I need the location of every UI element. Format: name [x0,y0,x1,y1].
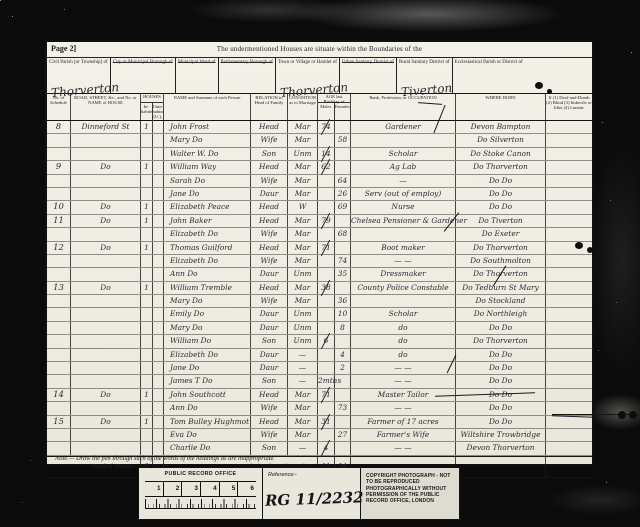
header-field: Civil Parish [or Township] of Thorverton [47,58,111,93]
cell-occupation: Scholar [351,148,456,160]
pro-stamp-strip: PUBLIC RECORD OFFICE 123456 Reference:- … [138,467,460,520]
cell-schedule [47,335,71,347]
cell-age-male: 38 [318,282,335,294]
cell-condition: — [288,362,318,374]
cell-where-born: Do Thorverton [456,161,546,173]
cell-age-male [318,175,335,187]
cell-name: Tom Bulley Hughmot [164,416,251,428]
cell-name: John Southcott [164,389,251,401]
cell-road: Do [71,215,141,227]
table-row: 8 Dinneford St 1 John Frost Head Mar 74 … [47,121,592,134]
cell-schedule: 13 [47,282,71,294]
cell-uninhabited [153,362,164,374]
cell-schedule [47,188,71,200]
cell-condition: Mar [288,134,318,146]
cell-inhabited [141,322,153,334]
cell-name: James T Do [164,375,251,387]
cell-schedule [47,442,71,454]
cell-where-born: Do Thorverton [456,335,546,347]
cell-age-male [318,134,335,146]
cell-name: William Tremble [164,282,251,294]
col-houses-group: HOUSES In-habited Unin-habited (U.), or … [141,93,164,120]
cell-condition: Mar [288,429,318,441]
ruler-number: 2 [164,482,183,496]
cell-schedule: 14 [47,389,71,401]
cell-schedule [47,255,71,267]
table-row: 15 Do 1 Tom Bulley Hughmot Head Mar 31 F… [47,416,592,429]
cell-inhabited: 1 [141,215,153,227]
cell-where-born: Do Do [456,322,546,334]
cell-name: Elizabeth Do [164,349,251,361]
table-row: 14 Do 1 John Southcott Head Mar 71 Maste… [47,389,592,402]
cell-age-male [318,402,335,414]
header-field-label: Ecclesiastical Parish or District of [453,58,525,66]
cell-schedule [47,148,71,160]
col-age-females: Females [335,103,351,121]
cell-age-male [318,228,335,240]
cell-infirmity [546,148,592,160]
cell-where-born: Do Do [456,175,546,187]
cell-where-born: Do Silverton [456,134,546,146]
cell-age-male [318,268,335,280]
cell-infirmity [546,375,592,387]
cell-road [71,335,141,347]
header-field-label: Rural Sanitary District of [397,58,452,66]
cell-name: Jane Do [164,362,251,374]
cell-condition: Mar [288,175,318,187]
header-field: Parliamentary Borough of [219,58,276,93]
ruler-number: 6 [238,482,256,496]
col-name: NAME and Surname of each Person [164,93,251,120]
table-row: Walter W. Do Son Unm 14 Scholar Do Stoke… [47,148,592,161]
totals-blank [456,457,546,477]
cell-uninhabited [153,429,164,441]
cell-condition: Mar [288,295,318,307]
cell-relation: Wife [251,295,288,307]
cell-condition: Mar [288,255,318,267]
cell-road: Do [71,242,141,254]
cell-road: Do [71,161,141,173]
census-scan: { "page": { "page_label": "Page 2]", "ba… [0,0,640,527]
ruler-number: 4 [201,482,220,496]
cell-road [71,268,141,280]
cell-where-born: Do Do [456,375,546,387]
table-row: Mary Do Wife Mar 36 Do Stockland [47,295,592,308]
cell-age-male [318,429,335,441]
cell-age-female: 2 [335,362,351,374]
cell-where-born: Do Tiverton [456,215,546,227]
cell-schedule [47,268,71,280]
footnote: Note.— Draw the pen through such of the … [55,455,275,462]
cell-age-female [335,335,351,347]
cell-occupation: Boot maker [351,242,456,254]
cell-relation: Head [251,161,288,173]
cell-age-male: 74 [318,121,335,133]
header-field: Municipal Ward of [176,58,219,93]
cell-uninhabited [153,161,164,173]
cell-inhabited: 1 [141,282,153,294]
cell-age-male: 14 [318,148,335,160]
header-field-label: Town or Village or Hamlet of [276,58,339,66]
cell-condition: — [288,442,318,454]
cell-relation: Head [251,389,288,401]
census-table: No. of Schedule ROAD, STREET, &c., and N… [47,93,592,478]
table-row: Elizabeth Do Daur — 4 do Do Do [47,349,592,362]
cell-infirmity [546,121,592,133]
cell-road [71,349,141,361]
cell-road [71,442,141,454]
cell-where-born: Do Stockland [456,295,546,307]
cell-inhabited [141,349,153,361]
cell-age-male [318,349,335,361]
cell-where-born: Do Do [456,402,546,414]
cell-age-male: 79 [318,215,335,227]
cell-condition: Mar [288,242,318,254]
cell-relation: Head [251,416,288,428]
cell-age-male [318,362,335,374]
cell-age-female [335,375,351,387]
col-where-born: WHERE BORN [456,93,546,120]
cell-road [71,402,141,414]
ink-blot [547,89,552,94]
cell-age-female: 35 [335,268,351,280]
cell-occupation: — — [351,362,456,374]
cell-inhabited: 1 [141,161,153,173]
cell-where-born: Do Exeter [456,228,546,240]
cell-infirmity [546,134,592,146]
ink-dot [618,411,626,419]
cell-infirmity [546,255,592,267]
cell-condition: Mar [288,121,318,133]
cell-age-female [335,389,351,401]
cell-condition: Mar [288,188,318,200]
cell-schedule [47,175,71,187]
cell-uninhabited [153,349,164,361]
cell-name: Elizabeth Do [164,228,251,240]
cell-relation: Wife [251,134,288,146]
cell-occupation: Gardener [351,121,456,133]
cell-condition: Unm [288,322,318,334]
cell-where-born: Do Southmolton [456,255,546,267]
ruler-number: 5 [220,482,239,496]
cell-road [71,295,141,307]
cell-road [71,322,141,334]
cell-occupation: Ag Lab [351,161,456,173]
table-row: Sarah Do Wife Mar 64 — Do Do [47,175,592,188]
table-body: 8 Dinneford St 1 John Frost Head Mar 74 … [47,121,592,456]
cell-inhabited: 1 [141,389,153,401]
copyright-notice: COPYRIGHT PHOTOGRAPH - NOT TO BE REPRODU… [361,468,459,519]
header-fields: Civil Parish [or Township] of Thorverton… [47,58,592,94]
col-houses: HOUSES [141,93,163,103]
cell-age-female [335,416,351,428]
cell-name: Mary Do [164,322,251,334]
cell-road: Do [71,389,141,401]
cell-inhabited [141,134,153,146]
cell-age-female [335,442,351,454]
header-field-label: Municipal Ward of [176,58,218,66]
cell-schedule [47,322,71,334]
cell-uninhabited [153,228,164,240]
cell-occupation [351,295,456,307]
cell-infirmity [546,161,592,173]
cell-road: Dinneford St [71,121,141,133]
cell-name: Ann Do [164,268,251,280]
cell-inhabited [141,362,153,374]
cell-age-male [318,188,335,200]
totals-blank [546,457,592,477]
ink-blot [575,242,583,249]
cell-where-born: Do Northleigh [456,308,546,320]
cell-road [71,362,141,374]
cell-age-male: 6 [318,335,335,347]
cell-uninhabited [153,255,164,267]
cell-where-born: Do Do [456,201,546,213]
cell-age-female: 74 [335,255,351,267]
cell-age-female [335,161,351,173]
cell-inhabited: 1 [141,242,153,254]
cell-age-female [335,282,351,294]
cell-name: Elizabeth Peace [164,201,251,213]
cell-inhabited [141,148,153,160]
cell-inhabited [141,375,153,387]
cell-occupation: — — [351,375,456,387]
cell-relation: Head [251,201,288,213]
cell-where-born: Wiltshire Trowbridge [456,429,546,441]
cell-occupation: — [351,175,456,187]
cell-occupation: Nurse [351,201,456,213]
cell-schedule: 9 [47,161,71,173]
cell-name: Jane Do [164,188,251,200]
cell-condition: Mar [288,416,318,428]
cell-relation: Wife [251,175,288,187]
cell-uninhabited [153,442,164,454]
cell-where-born: Do Thorverton [456,242,546,254]
header-field: Ecclesiastical Parish or District of [453,58,525,93]
header-field-label: Parliamentary Borough of [219,58,275,66]
ruler-number: 1 [145,482,164,496]
cell-infirmity [546,201,592,213]
cell-where-born: Do Do [456,362,546,374]
cell-uninhabited [153,308,164,320]
cell-where-born: Do Tedburn St Mary [456,282,546,294]
cell-relation: Son [251,375,288,387]
cell-schedule [47,349,71,361]
cell-inhabited [141,335,153,347]
cell-occupation: Chelsea Pensioner & Gardener [351,215,456,227]
cell-name: Mary Do [164,134,251,146]
col-infirmity: If (1) Deaf-and-Dumb (2) Blind (3) Imbec… [546,93,592,120]
cell-occupation: Scholar [351,308,456,320]
cell-where-born: Do Do [456,416,546,428]
cell-road [71,188,141,200]
pro-title: PUBLIC RECORD OFFICE [139,468,262,481]
cell-condition: — [288,375,318,387]
reference-handwritten: RG 11/2232 [265,488,364,509]
table-row: Mary Do Daur Unm 8 do Do Do [47,322,592,335]
cell-infirmity [546,442,592,454]
cell-road [71,429,141,441]
cell-name: Mary Do [164,295,251,307]
cell-infirmity [546,228,592,240]
table-row: Ann Do Daur Unm 35 Dressmaker Do Thorver… [47,268,592,281]
cell-uninhabited [153,201,164,213]
cell-name: William Way [164,161,251,173]
table-header: No. of Schedule ROAD, STREET, &c., and N… [47,93,592,121]
cell-name: Elizabeth Do [164,255,251,267]
cell-occupation: do [351,335,456,347]
cell-inhabited [141,175,153,187]
cell-relation: Wife [251,255,288,267]
cell-relation: Head [251,121,288,133]
ink-dot [629,411,637,419]
cell-inhabited [141,308,153,320]
header-field: Rural Sanitary District of Tiverton [397,58,453,93]
cell-road [71,375,141,387]
cell-age-female: 26 [335,188,351,200]
pro-ruler-box: PUBLIC RECORD OFFICE 123456 [139,468,263,519]
cell-age-female: 69 [335,201,351,213]
cell-occupation [351,134,456,146]
census-page: Page 2] The undermentioned Houses are si… [45,40,594,466]
cell-uninhabited [153,148,164,160]
table-row: Elizabeth Do Wife Mar 74 — — Do Southmol… [47,255,592,268]
cell-relation: Daur [251,362,288,374]
cell-infirmity [546,188,592,200]
banner-text: The undermentioned Houses are situate wi… [47,42,592,53]
cell-uninhabited [153,335,164,347]
cell-where-born: Do Do [456,188,546,200]
cell-schedule [47,375,71,387]
cell-infirmity [546,282,592,294]
table-row: 9 Do 1 William Way Head Mar 62 Ag Lab Do… [47,161,592,174]
cell-infirmity [546,389,592,401]
cell-uninhabited [153,188,164,200]
cell-inhabited [141,442,153,454]
cell-age-female [335,148,351,160]
cell-where-born: Do Stoke Canon [456,148,546,160]
cell-name: Emily Do [164,308,251,320]
table-row: Elizabeth Do Wife Mar 68 Do Exeter [47,228,592,241]
cell-uninhabited [153,242,164,254]
cell-condition: Mar [288,161,318,173]
table-row: Emily Do Daur Unm 10 Scholar Do Northlei… [47,308,592,321]
cell-occupation: — — [351,442,456,454]
cell-age-female [335,215,351,227]
cell-uninhabited [153,175,164,187]
pen-line-with-dots [552,414,638,415]
col-age-group: AGE last Birthday of Males Females [318,93,351,120]
cell-condition: — [288,349,318,361]
cell-road [71,308,141,320]
table-row: William Do Son Unm 6 do Do Thorverton [47,335,592,348]
cell-inhabited [141,255,153,267]
cell-age-female [335,121,351,133]
cell-uninhabited [153,268,164,280]
cell-uninhabited [153,375,164,387]
ink-blot [535,82,543,89]
header-field: City or Municipal Borough of [111,58,176,93]
cell-schedule: 10 [47,201,71,213]
cell-age-female: 8 [335,322,351,334]
cell-schedule: 12 [47,242,71,254]
cell-condition: W [288,201,318,213]
header-field-label: Urban Sanitary District of [340,58,396,66]
cell-infirmity [546,349,592,361]
cell-relation: Head [251,282,288,294]
cell-relation: Wife [251,402,288,414]
cell-relation: Son [251,335,288,347]
cell-infirmity [546,402,592,414]
ruler-number: 3 [182,482,201,496]
cell-inhabited: 1 [141,121,153,133]
table-row: Jane Do Daur — 2 — — Do Do [47,362,592,375]
cell-age-male [318,295,335,307]
film-speckles [0,0,1,1]
cell-uninhabited [153,282,164,294]
cell-occupation: Serv (out of employ) [351,188,456,200]
cell-inhabited [141,402,153,414]
reference-label: Reference:- [263,468,360,478]
cell-age-male [318,255,335,267]
cell-relation: Head [251,215,288,227]
cell-schedule [47,295,71,307]
cell-age-male: 4 [318,442,335,454]
table-row: 10 Do 1 Elizabeth Peace Head W 69 Nurse … [47,201,592,214]
header-field-label: City or Municipal Borough of [111,58,175,66]
cell-uninhabited [153,295,164,307]
cell-condition: Mar [288,402,318,414]
cell-inhabited: 1 [141,416,153,428]
cell-age-male: 71 [318,242,335,254]
cell-infirmity [546,308,592,320]
cell-road: Do [71,201,141,213]
cell-relation: Head [251,242,288,254]
cell-infirmity [546,322,592,334]
cell-condition: Unm [288,308,318,320]
cell-road [71,228,141,240]
cell-infirmity [546,242,592,254]
cell-inhabited [141,268,153,280]
cell-where-born: Devon Bampton [456,121,546,133]
cell-age-female [335,242,351,254]
cell-occupation: Dressmaker [351,268,456,280]
col-inhabited: In-habited [141,103,153,121]
cell-relation: Daur [251,308,288,320]
cell-name: William Do [164,335,251,347]
cell-occupation: do [351,349,456,361]
table-row: 11 Do 1 John Baker Head Mar 79 Chelsea P… [47,215,592,228]
cell-inhabited: 1 [141,201,153,213]
col-age-males: Males [318,103,335,121]
cell-infirmity [546,335,592,347]
cell-road [71,175,141,187]
cell-age-female: 4 [335,349,351,361]
cell-schedule [47,402,71,414]
header-field: Urban Sanitary District of [340,58,397,93]
cell-condition: Mar [288,215,318,227]
cell-relation: Daur [251,268,288,280]
cell-occupation [351,228,456,240]
cell-occupation: Farmer of 17 acres [351,416,456,428]
cell-condition: Mar [288,282,318,294]
cell-age-male [318,201,335,213]
cell-age-female: 58 [335,134,351,146]
cell-name: Charlie Do [164,442,251,454]
cell-schedule [47,134,71,146]
cell-condition: Mar [288,389,318,401]
cell-road: Do [71,416,141,428]
